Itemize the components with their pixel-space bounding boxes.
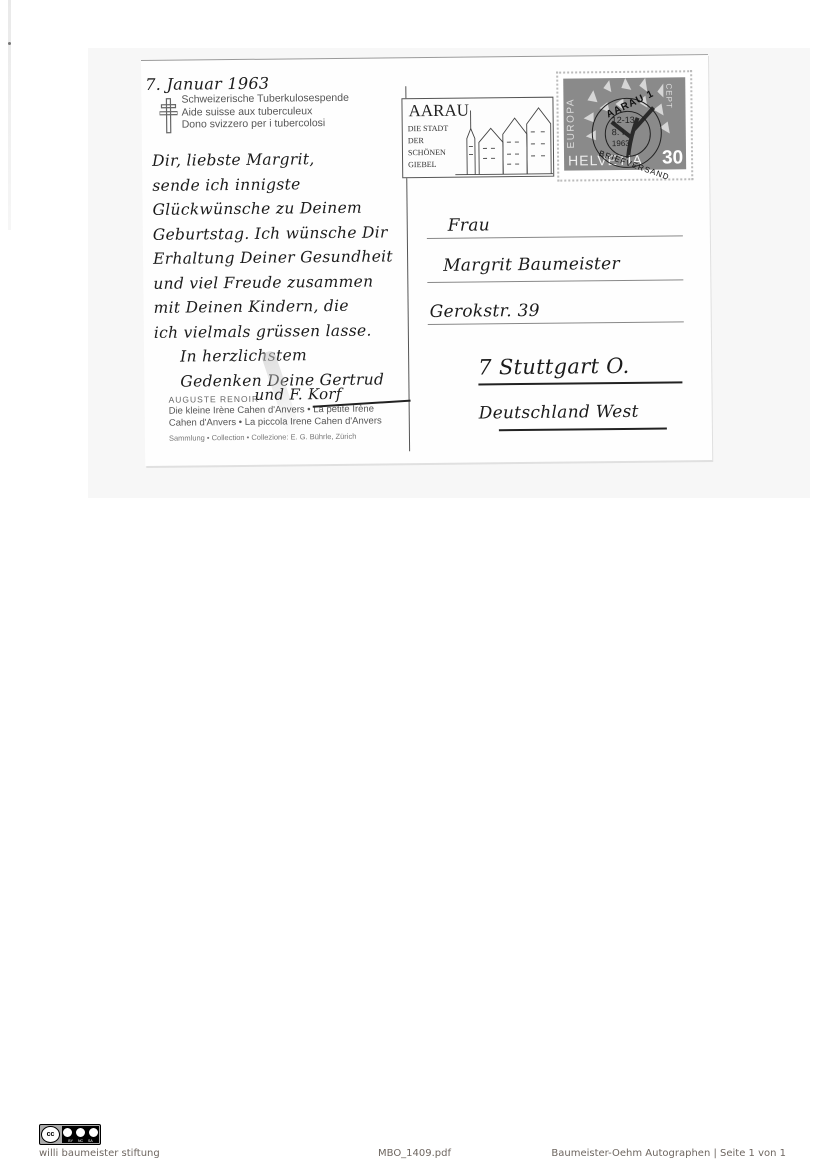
address-street: Gerokstr. 39 <box>430 301 540 322</box>
address-salutation: Frau <box>448 215 490 235</box>
stamp-cept-text: CEPT <box>664 83 673 108</box>
footer-filename: MBO_1409.pdf <box>378 1148 451 1159</box>
printed-organization-header: Schweizerische Tuberkulosespende Aide su… <box>181 92 349 131</box>
scan-edge-mark <box>8 0 11 230</box>
stamp-europa-text: EUROPA <box>565 98 577 149</box>
city-underline <box>478 381 682 385</box>
sharealike-icon <box>88 1127 99 1138</box>
org-line-de: Schweizerische Tuberkulosespende <box>181 92 349 106</box>
aarau-slogan-postmark: AARAU DIE STADT DER SCHÖNEN GIEBEL <box>401 97 554 179</box>
cc-label-sa: SA <box>88 1139 93 1143</box>
message-line: mit Deinen Kindern, die <box>153 293 393 320</box>
noncommercial-icon <box>75 1127 86 1138</box>
signature: und F. Korf <box>254 385 341 404</box>
message-line: Geburtstag. Ich wünsche Dir <box>153 220 393 247</box>
cc-label-nc: NC <box>78 1139 83 1143</box>
cc-label-by: BY <box>68 1139 73 1143</box>
address-name: Margrit Baumeister <box>443 254 620 276</box>
cc-labels: BY NC SA <box>68 1139 92 1143</box>
cc-condition-icons <box>62 1127 99 1138</box>
country-underline <box>499 428 667 431</box>
caption-title-2: Cahen d'Anvers • La piccola Irene Cahen … <box>169 415 382 429</box>
cc-logo-icon: cc <box>41 1126 60 1143</box>
address-country: Deutschland West <box>479 402 639 424</box>
town-gables-illustration <box>454 98 553 177</box>
cc-by-nc-sa-icon[interactable]: cc BY NC SA <box>39 1124 101 1145</box>
message-line: sende ich innigste <box>152 171 392 198</box>
message-line: und viel Freude zusammen <box>153 269 393 296</box>
postmark-slogan: DIE STADT DER SCHÖNEN GIEBEL <box>408 123 449 171</box>
cc-conditions: BY NC SA <box>62 1126 99 1143</box>
address-city: 7 Stuttgart O. <box>478 354 629 380</box>
postage-stamp: EUROPA CEPT HELVETIA 30 AARAU 1 12-13 8.… <box>559 73 690 178</box>
message-line: ich vielmals grüssen lasse. <box>154 318 394 345</box>
stamp-value: 30 <box>662 147 683 169</box>
postcard: 7. Januar 1963 Schweizerische Tuberkulos… <box>141 54 712 466</box>
org-line-it: Dono svizzero per i tubercolosi <box>182 117 350 131</box>
footer-organization: willi baumeister stiftung <box>39 1148 160 1159</box>
attribution-icon <box>62 1127 73 1138</box>
address-line <box>428 321 684 325</box>
message-line: Erhaltung Deiner Gesundheit <box>153 244 393 271</box>
cancellation-postmark: AARAU 1 12-13 8. I. 1963 BRIEFVERSAND <box>591 98 662 169</box>
cancel-time: 12-13 <box>612 115 635 125</box>
footer-collection-page: Baumeister-Oehm Autographen | Seite 1 vo… <box>551 1148 786 1159</box>
scan-dust-dot <box>8 42 11 45</box>
lorraine-cross-icon <box>159 98 177 134</box>
caption-collection: Sammlung • Collection • Collezione: E. G… <box>169 430 382 444</box>
license-badge[interactable]: cc BY NC SA <box>39 1124 101 1145</box>
slogan-line: DIE STADT <box>408 123 449 135</box>
slogan-line: DER <box>408 135 449 147</box>
slogan-line: GIEBEL <box>408 159 449 171</box>
message-line: Dir, liebste Margrit, <box>152 146 392 173</box>
message-line: Glückwünsche zu Deinem <box>152 195 392 222</box>
address-line <box>427 235 683 239</box>
cancel-day: 8. I. <box>612 127 627 137</box>
address-line <box>427 279 683 283</box>
slogan-line: SCHÖNEN <box>408 147 449 159</box>
cancel-year: 1963 <box>612 139 630 148</box>
letter-date: 7. Januar 1963 <box>145 74 269 94</box>
